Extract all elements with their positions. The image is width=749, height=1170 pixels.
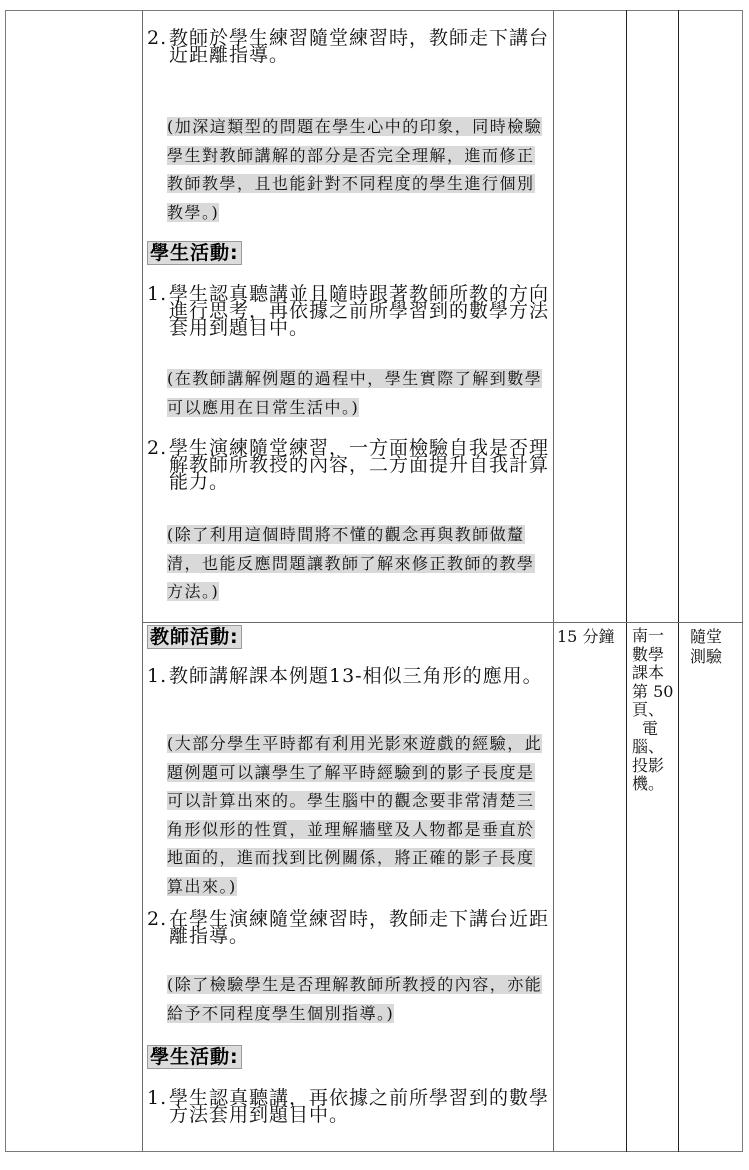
assessment-line: 測驗	[690, 647, 740, 667]
student-note-2: (除了利用這個時間將不懂的觀念再與教師做釐清，也能反應問題讓教師了解來修正教師的…	[147, 521, 551, 607]
resource-line: 頁、	[632, 701, 676, 720]
column-divider-4	[678, 10, 679, 1152]
note-text: (在教師講解例題的過程中，學生實際了解到數學可以應用在日常生活中。)	[167, 369, 542, 417]
item-text: 教師講解課本例題13-相似三角形的應用。	[169, 665, 543, 687]
teacher-activity-item-1: 1. 教師講解課本例題13-相似三角形的應用。	[147, 668, 551, 685]
teacher-activity-item-2: 2. 在學生演練隨堂練習時，教師走下講台近距離指導。	[147, 911, 551, 945]
note-text: (除了利用這個時間將不懂的觀念再與教師做釐清，也能反應問題讓教師了解來修正教師的…	[167, 525, 535, 601]
time-value: 15 分鐘	[557, 627, 614, 646]
teacher-activity-item-2: 2. 教師於學生練習隨堂練習時，教師走下講台近距離指導。	[147, 30, 551, 64]
resource-line: 數學	[632, 646, 676, 665]
resource-line: 投影	[632, 757, 676, 776]
resource-line: 第 50	[632, 683, 676, 702]
teacher-note-2: (加深這類型的問題在學生心中的印象，同時檢驗學生對教師講解的部分是否完全理解，進…	[147, 113, 551, 227]
item-number: 2.	[147, 30, 167, 47]
note-text: (加深這類型的問題在學生心中的印象，同時檢驗學生對教師講解的部分是否完全理解，進…	[167, 117, 542, 222]
item-text: 學生演練隨堂練習，一方面檢驗自我是否理解教師所教授的內容，二方面提升自我計算能力…	[169, 437, 549, 493]
section-heading: 學生活動:	[147, 241, 242, 265]
note-text: (除了檢驗學生是否理解教師所教授的內容，亦能給予不同程度學生個別指導。)	[167, 975, 542, 1023]
teacher-note-2: (除了檢驗學生是否理解教師所教授的內容，亦能給予不同程度學生個別指導。)	[147, 971, 551, 1028]
item-number: 1.	[147, 1090, 167, 1107]
column-divider-1	[142, 10, 143, 1152]
item-text: 教師於學生練習隨堂練習時，教師走下講台近距離指導。	[169, 27, 549, 66]
resources-cell: 南一 數學 課本 第 50 頁、 電 腦、 投影 機。	[632, 627, 676, 794]
resource-line: 課本	[632, 664, 676, 683]
student-activity-heading-2: 學生活動:	[147, 1045, 551, 1069]
row-divider	[142, 622, 743, 623]
column-divider-2	[553, 10, 554, 1152]
assessment-cell: 隨堂 測驗	[690, 627, 740, 667]
student-note-1: (在教師講解例題的過程中，學生實際了解到數學可以應用在日常生活中。)	[147, 365, 551, 422]
teacher-activity-heading: 教師活動:	[147, 625, 551, 649]
item-text: 學生認真聽講，再依據之前所學習到的數學方法套用到題目中。	[169, 1087, 549, 1126]
assessment-line: 隨堂	[690, 627, 740, 647]
resource-line: 電	[632, 720, 676, 739]
item-text: 在學生演練隨堂練習時，教師走下講台近距離指導。	[169, 908, 549, 947]
resource-line: 機。	[632, 775, 676, 794]
section-heading: 教師活動:	[147, 625, 242, 649]
student-activity-item-1: 1. 學生認真聽講並且隨時跟著教師所教的方向進行思考，再依據之前所學習到的數學方…	[147, 286, 551, 337]
student-activity-heading: 學生活動:	[147, 241, 551, 265]
resource-line: 南一	[632, 627, 676, 646]
item-text: 學生認真聽講並且隨時跟著教師所教的方向進行思考，再依據之前所學習到的數學方法套用…	[169, 283, 549, 339]
lesson-plan-page: 2. 教師於學生練習隨堂練習時，教師走下講台近距離指導。 (加深這類型的問題在學…	[0, 0, 749, 1170]
column-divider-3	[626, 10, 627, 1152]
item-number: 2.	[147, 911, 167, 928]
time-cell: 15 分鐘	[557, 627, 625, 647]
section-heading: 學生活動:	[147, 1045, 242, 1069]
resource-line: 腦、	[632, 738, 676, 757]
teacher-note-1: (大部分學生平時都有利用光影來遊戲的經驗，此題例題可以讓學生了解平時經驗到的影子…	[147, 730, 551, 901]
student-activity-item-1-row2: 1. 學生認真聽講，再依據之前所學習到的數學方法套用到題目中。	[147, 1090, 551, 1124]
note-text: (大部分學生平時都有利用光影來遊戲的經驗，此題例題可以讓學生了解平時經驗到的影子…	[167, 734, 542, 896]
item-number: 1.	[147, 668, 167, 685]
student-activity-item-2: 2. 學生演練隨堂練習，一方面檢驗自我是否理解教師所教授的內容，二方面提升自我計…	[147, 440, 551, 491]
item-number: 1.	[147, 286, 167, 303]
item-number: 2.	[147, 440, 167, 457]
